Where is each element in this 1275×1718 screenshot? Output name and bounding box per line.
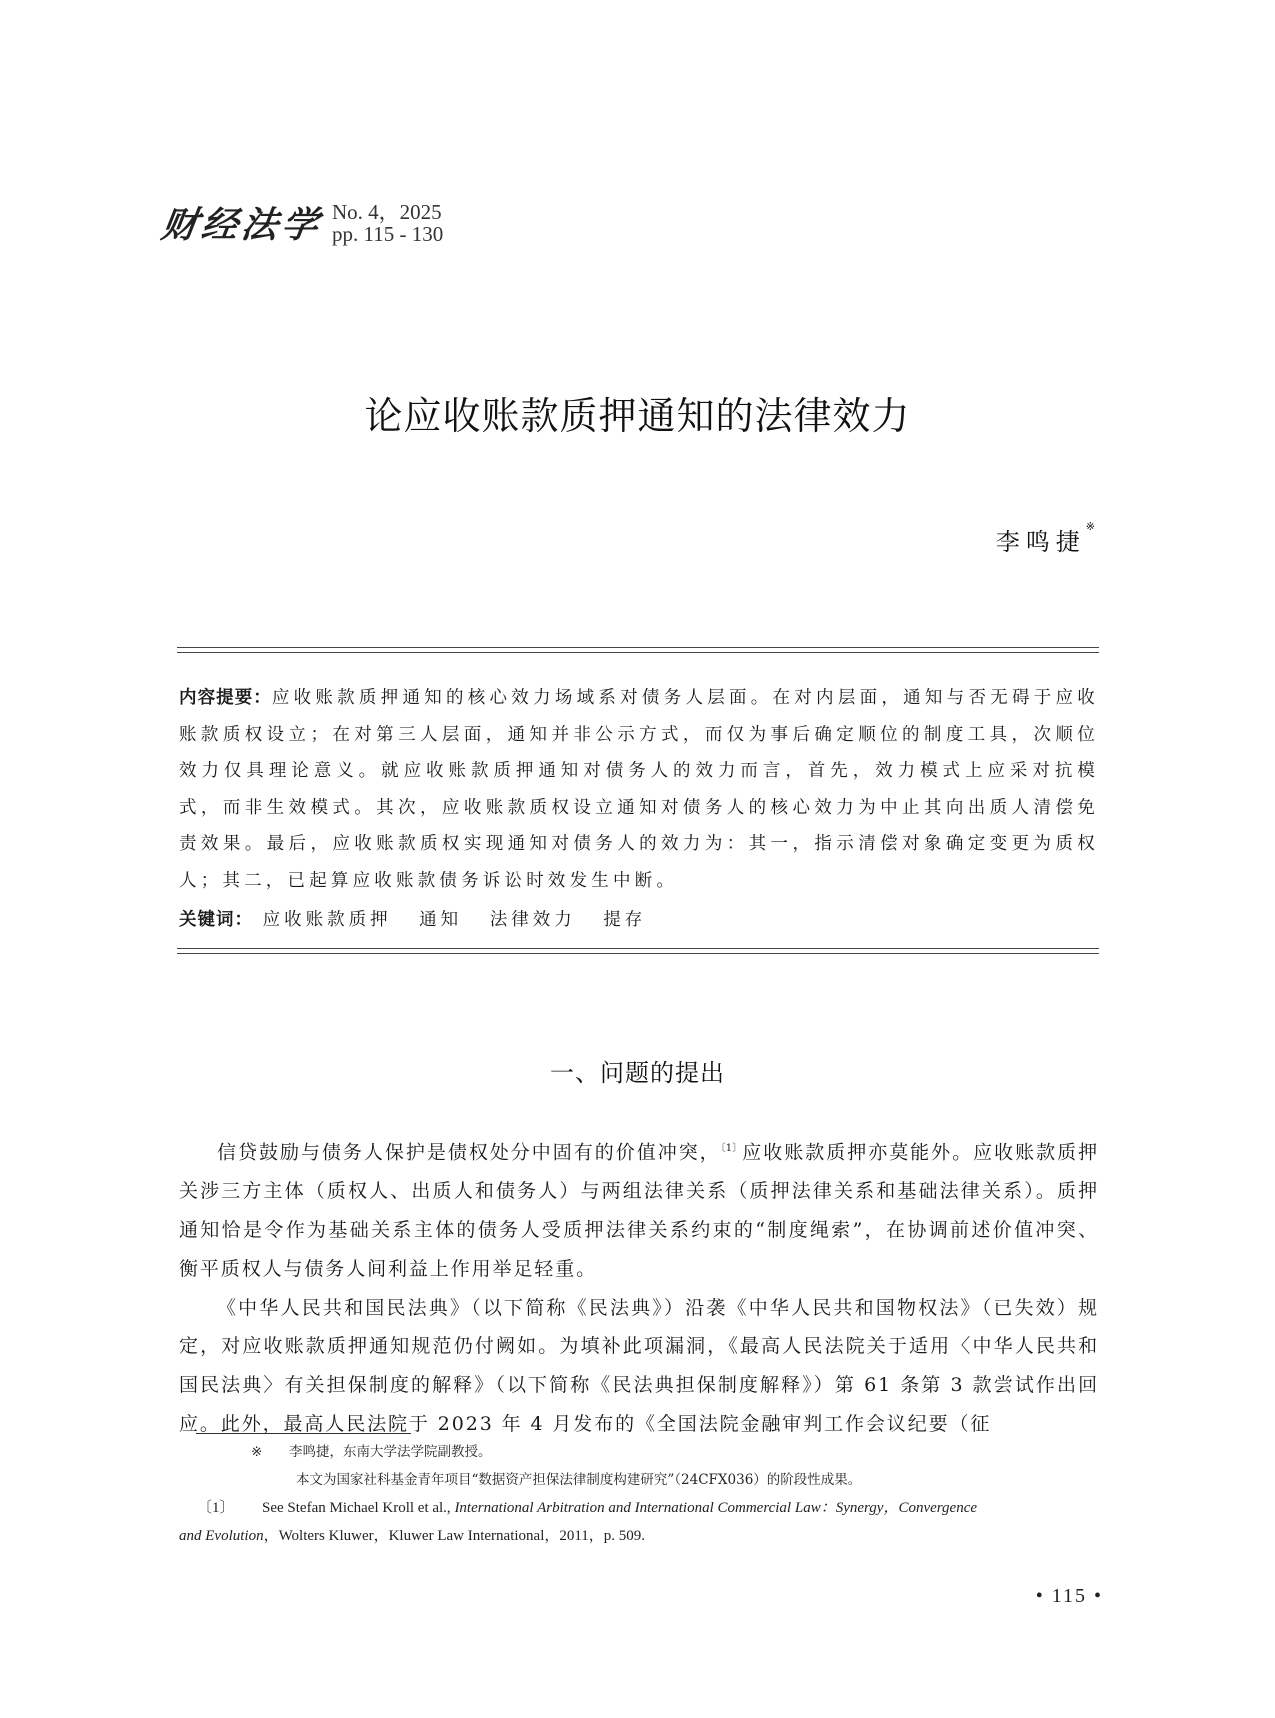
footnote-marker: 〔1〕 <box>179 1494 262 1522</box>
footnote-text: ，Wolters Kluwer，Kluwer Law International… <box>264 1528 645 1544</box>
keyword: 通知 <box>419 910 462 930</box>
footnotes: ※李鸣捷，东南大学法学院副教授。 本文为国家社科基金青年项目“数据资产担保法律制… <box>179 1438 1101 1550</box>
footnote-separator <box>196 1433 411 1434</box>
journal-masthead: 财经法学 No. 4，2025 pp. 115 - 130 <box>162 197 443 248</box>
footnote-text: See Stefan Michael Kroll et al., <box>262 1500 451 1516</box>
abstract-bottom-rule <box>177 948 1099 954</box>
article-title: 论应收账款质押通知的法律效力 <box>0 385 1275 440</box>
footnote-1-continued: and Evolution，Wolters Kluwer，Kluwer Law … <box>179 1522 1101 1550</box>
section-heading: 一、问题的提出 <box>0 1053 1275 1088</box>
footnote-1: 〔1〕See Stefan Michael Kroll et al., Inte… <box>179 1494 1101 1522</box>
footnote-marker: ※ <box>179 1438 289 1466</box>
paragraph-text: 信贷鼓励与债务人保护是债权处分中固有的价值冲突， <box>217 1141 721 1163</box>
footnote-funding: 本文为国家社科基金青年项目“数据资产担保法律制度构建研究”（24CFX036）的… <box>179 1466 1101 1494</box>
paragraph: 信贷鼓励与债务人保护是债权处分中固有的价值冲突，〔1〕应收账款质押亦莫能外。应收… <box>179 1130 1099 1289</box>
author-name: 李鸣捷 <box>996 528 1086 556</box>
footnote-author: ※李鸣捷，东南大学法学院副教授。 <box>179 1438 1101 1466</box>
footnote-text: 李鸣捷，东南大学法学院副教授。 <box>289 1444 492 1460</box>
footnote-text: 本文为国家社科基金青年项目“数据资产担保法律制度构建研究”（24CFX036）的… <box>296 1472 861 1488</box>
abstract-text: 应收账款质押通知的核心效力场域系对债务人层面。在对内层面，通知与否无碍于应收账款… <box>179 688 1099 891</box>
paragraph: 《中华人民共和国民法典》（以下简称《民法典》）沿袭《中华人民共和国物权法》（已失… <box>179 1289 1099 1444</box>
keywords-label: 关键词： <box>179 910 253 930</box>
author-line: 李鸣捷※ <box>996 522 1095 557</box>
keyword: 提存 <box>603 910 646 930</box>
keywords: 关键词： 应收账款质押 通知 法律效力 提存 <box>179 906 664 931</box>
abstract-top-rule <box>177 647 1099 653</box>
body-text: 信贷鼓励与债务人保护是债权处分中固有的价值冲突，〔1〕应收账款质押亦莫能外。应收… <box>179 1130 1099 1444</box>
cited-title: and Evolution <box>179 1528 264 1544</box>
abstract-label: 内容提要： <box>179 688 272 708</box>
page-range: pp. 115 - 130 <box>332 223 443 245</box>
journal-logo: 财经法学 <box>158 197 325 248</box>
issue-number: No. 4，2025 <box>332 201 443 223</box>
keyword: 法律效力 <box>490 910 576 930</box>
page-number: • 115 • <box>1036 1585 1103 1608</box>
issue-info: No. 4，2025 pp. 115 - 130 <box>332 201 443 245</box>
cited-title: International Arbitration and Internatio… <box>454 1500 977 1516</box>
author-footnote-mark: ※ <box>1086 520 1095 533</box>
keyword: 应收账款质押 <box>263 910 392 930</box>
footnote-ref-1[interactable]: 〔1〕 <box>721 1143 743 1154</box>
abstract: 内容提要：应收账款质押通知的核心效力场域系对债务人层面。在对内层面，通知与否无碍… <box>179 680 1099 899</box>
